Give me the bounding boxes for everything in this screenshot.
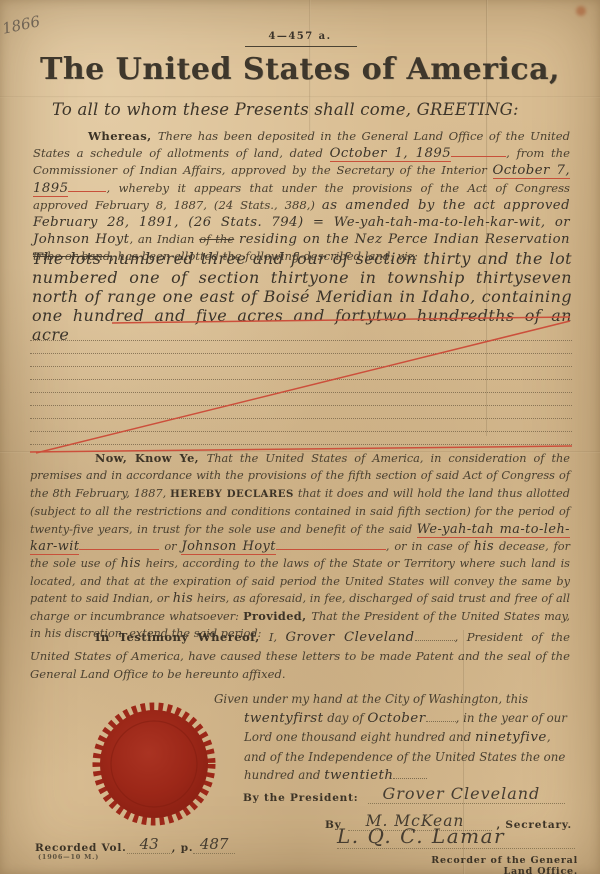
- paper-stain: [576, 6, 586, 16]
- ruled-line: [30, 405, 572, 406]
- ruled-line: [30, 444, 572, 445]
- recorded-volume-row: Recorded Vol. 43 , p. 487: [35, 835, 235, 854]
- recorder-label: Recorder of the General Land Office.: [408, 855, 578, 874]
- fold-crease-horizontal-top: [0, 96, 600, 98]
- paragraph-whereas: Whereas, There has been deposited in the…: [33, 128, 570, 266]
- president-signature-row: By the President: Grover Cleveland: [243, 784, 565, 804]
- by-president-label: By the President:: [243, 792, 358, 804]
- ruled-line: [30, 353, 572, 354]
- recorded-page-value: 487: [193, 835, 235, 854]
- ruled-line: [30, 340, 572, 341]
- paragraph-testimony: In Testimony Whereof, I, Grover Clevelan…: [30, 628, 570, 683]
- land-patent-document: 1866 4—457 a. The United States of Ameri…: [0, 0, 600, 874]
- recorder-signature-name: L. Q. C. Lamar: [337, 824, 575, 849]
- paragraph-land-description: The lots numbered three and four of sect…: [32, 250, 572, 345]
- form-number: 4—457 a.: [0, 31, 600, 42]
- document-title: The United States of America,: [0, 52, 600, 87]
- print-code: (1906—10 M.): [38, 853, 99, 861]
- ruled-line: [30, 392, 572, 393]
- ruled-line: [30, 431, 572, 432]
- recorded-page-label: , p.: [172, 842, 194, 854]
- ruled-line: [30, 418, 572, 419]
- ruled-line: [30, 366, 572, 367]
- form-number-rule: [245, 46, 357, 47]
- paragraph-know-ye: Now, Know Ye, That the United States of …: [30, 450, 570, 642]
- president-signature: Grover Cleveland: [368, 784, 565, 804]
- recorded-volume-value: 43: [127, 835, 172, 854]
- recorder-signature: L. Q. C. Lamar: [337, 824, 575, 849]
- salutation-line: To all to whom these Presents shall come…: [52, 100, 519, 119]
- general-land-office-seal: [92, 700, 216, 828]
- ruled-line: [30, 379, 572, 380]
- paragraph-given-under-hand: Given under my hand at the City of Washi…: [214, 690, 574, 786]
